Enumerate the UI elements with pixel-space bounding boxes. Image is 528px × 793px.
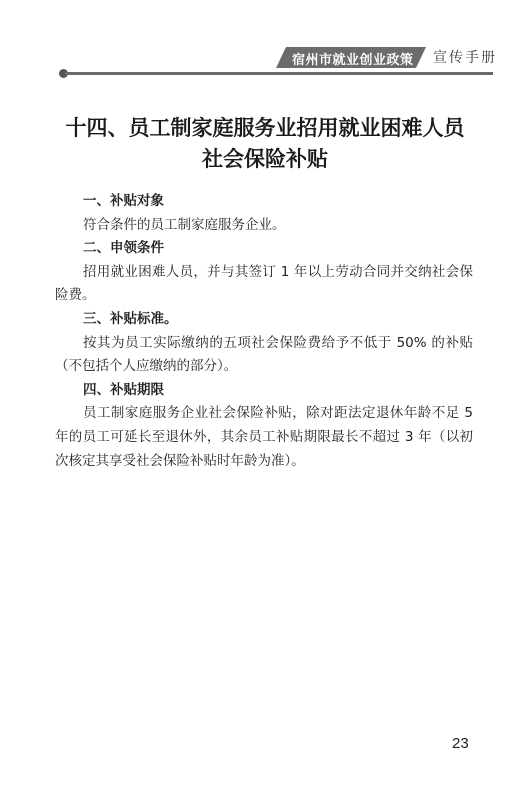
section-paragraph: 符合条件的员工制家庭服务企业。 xyxy=(55,214,473,238)
page-number: 23 xyxy=(452,735,469,752)
section-heading: 三、补贴标准。 xyxy=(55,308,473,332)
page-title: 十四、员工制家庭服务业招用就业困难人员 社会保险补贴 xyxy=(50,112,480,174)
banner-title: 宿州市就业创业政策 xyxy=(292,49,414,68)
document-body: 一、补贴对象 符合条件的员工制家庭服务企业。 二、申领条件 招用就业困难人员，并… xyxy=(55,190,473,473)
title-line-1: 十四、员工制家庭服务业招用就业困难人员 xyxy=(50,112,480,143)
section-paragraph: 招用就业困难人员，并与其签订 1 年以上劳动合同并交纳社会保险费。 xyxy=(55,261,473,308)
header-banner: 宿州市就业创业政策 xyxy=(276,47,426,68)
document-page: 宿州市就业创业政策 宣传手册 十四、员工制家庭服务业招用就业困难人员 社会保险补… xyxy=(0,0,528,793)
section-paragraph: 按其为员工实际缴纳的五项社会保险费给予不低于 50% 的补贴（不包括个人应缴纳的… xyxy=(55,332,473,379)
header-rule xyxy=(65,72,493,75)
section-heading: 二、申领条件 xyxy=(55,237,473,261)
title-line-2: 社会保险补贴 xyxy=(50,143,480,174)
handbook-label: 宣传手册 xyxy=(433,47,497,67)
section-heading: 四、补贴期限 xyxy=(55,379,473,403)
section-heading: 一、补贴对象 xyxy=(55,190,473,214)
section-paragraph: 员工制家庭服务企业社会保险补贴，除对距法定退休年龄不足 5 年的员工可延长至退休… xyxy=(55,402,473,473)
